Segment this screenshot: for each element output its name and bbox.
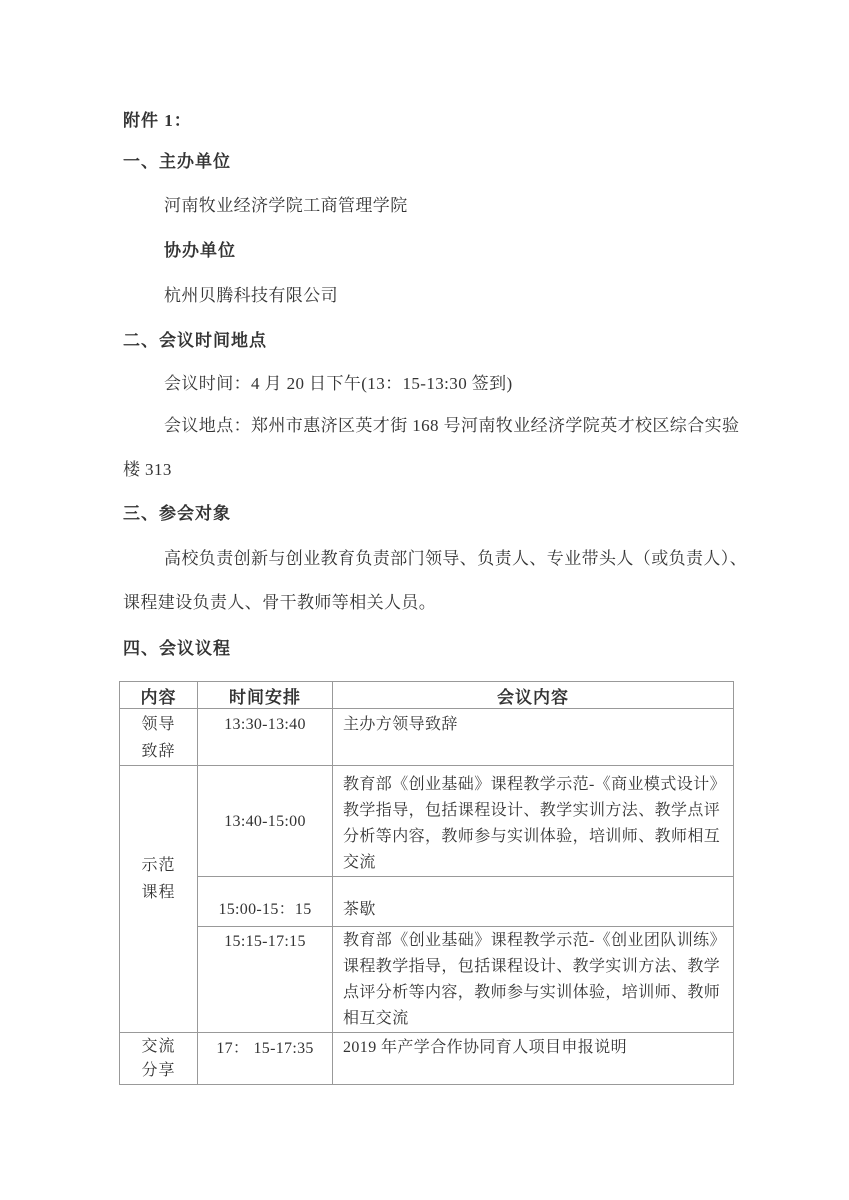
agenda-row-share: 交流 分享 17： 15-17:35 2019 年产学合作协同育人项目申报说明 (120, 1033, 734, 1085)
cell-demo1-time: 13:40-15:00 (198, 766, 333, 877)
cell-share-time: 17： 15-17:35 (198, 1033, 333, 1085)
cell-share-label: 交流 分享 (120, 1033, 198, 1085)
co-organizer-title: 协办单位 (164, 229, 236, 273)
cell-tea-time: 15:00-15：15 (198, 877, 333, 927)
cell-demo1-detail: 教育部《创业基础》课程教学示范-《商业模式设计》 教学指导，包括课程设计、教学实… (333, 766, 734, 877)
header-content: 内容 (120, 682, 198, 709)
co-organizer-name: 杭州贝腾科技有限公司 (164, 274, 338, 318)
cell-leader-time: 13:30-13:40 (198, 709, 333, 766)
agenda-table: 内容 时间安排 会议内容 领导 致辞 13:30-13:40 主办方领导致辞 示… (119, 681, 734, 1085)
agenda-row-demo-part1: 示范 课程 13:40-15:00 教育部《创业基础》课程教学示范-《商业模式设… (120, 766, 734, 877)
cell-share-detail: 2019 年产学合作协同育人项目申报说明 (333, 1033, 734, 1085)
header-detail: 会议内容 (333, 682, 734, 709)
cell-demo2-time: 15:15-17:15 (198, 927, 333, 1033)
attachment-title: 附件 1： (123, 99, 192, 143)
section3-title: 三、参会对象 (123, 492, 231, 536)
cell-leader-detail: 主办方领导致辞 (333, 709, 734, 766)
cell-demo2-detail: 教育部《创业基础》课程教学示范-《创业团队训练》 课程教学指导，包括课程设计、教… (333, 927, 734, 1033)
meeting-place: 会议地点：郑州市惠济区英才街 168 号河南牧业经济学院英才校区综合实验 楼 3… (123, 404, 739, 492)
agenda-row-leader-speech: 领导 致辞 13:30-13:40 主办方领导致辞 (120, 709, 734, 766)
agenda-row-demo-part2: 15:15-17:15 教育部《创业基础》课程教学示范-《创业团队训练》 课程教… (120, 927, 734, 1033)
meeting-time: 会议时间：4 月 20 日下午(13：15-13:30 签到) (164, 362, 513, 406)
agenda-header-row: 内容 时间安排 会议内容 (120, 682, 734, 709)
section1-title: 一、主办单位 (123, 140, 231, 184)
section2-title: 二、会议时间地点 (123, 319, 267, 363)
cell-leader-label: 领导 致辞 (120, 709, 198, 766)
document-page: 附件 1： 一、主办单位 河南牧业经济学院工商管理学院 协办单位 杭州贝腾科技有… (0, 0, 849, 1200)
cell-demo-label: 示范 课程 (120, 766, 198, 1033)
audience-paragraph: 高校负责创新与创业教育负责部门领导、负责人、专业带头人（或负责人）、 课程建设负… (123, 537, 747, 625)
section4-title: 四、会议议程 (123, 627, 231, 671)
cell-tea-detail: 茶歇 (333, 877, 734, 927)
header-time: 时间安排 (198, 682, 333, 709)
host-organization: 河南牧业经济学院工商管理学院 (164, 184, 408, 228)
agenda-row-tea-break: 15:00-15：15 茶歇 (120, 877, 734, 927)
